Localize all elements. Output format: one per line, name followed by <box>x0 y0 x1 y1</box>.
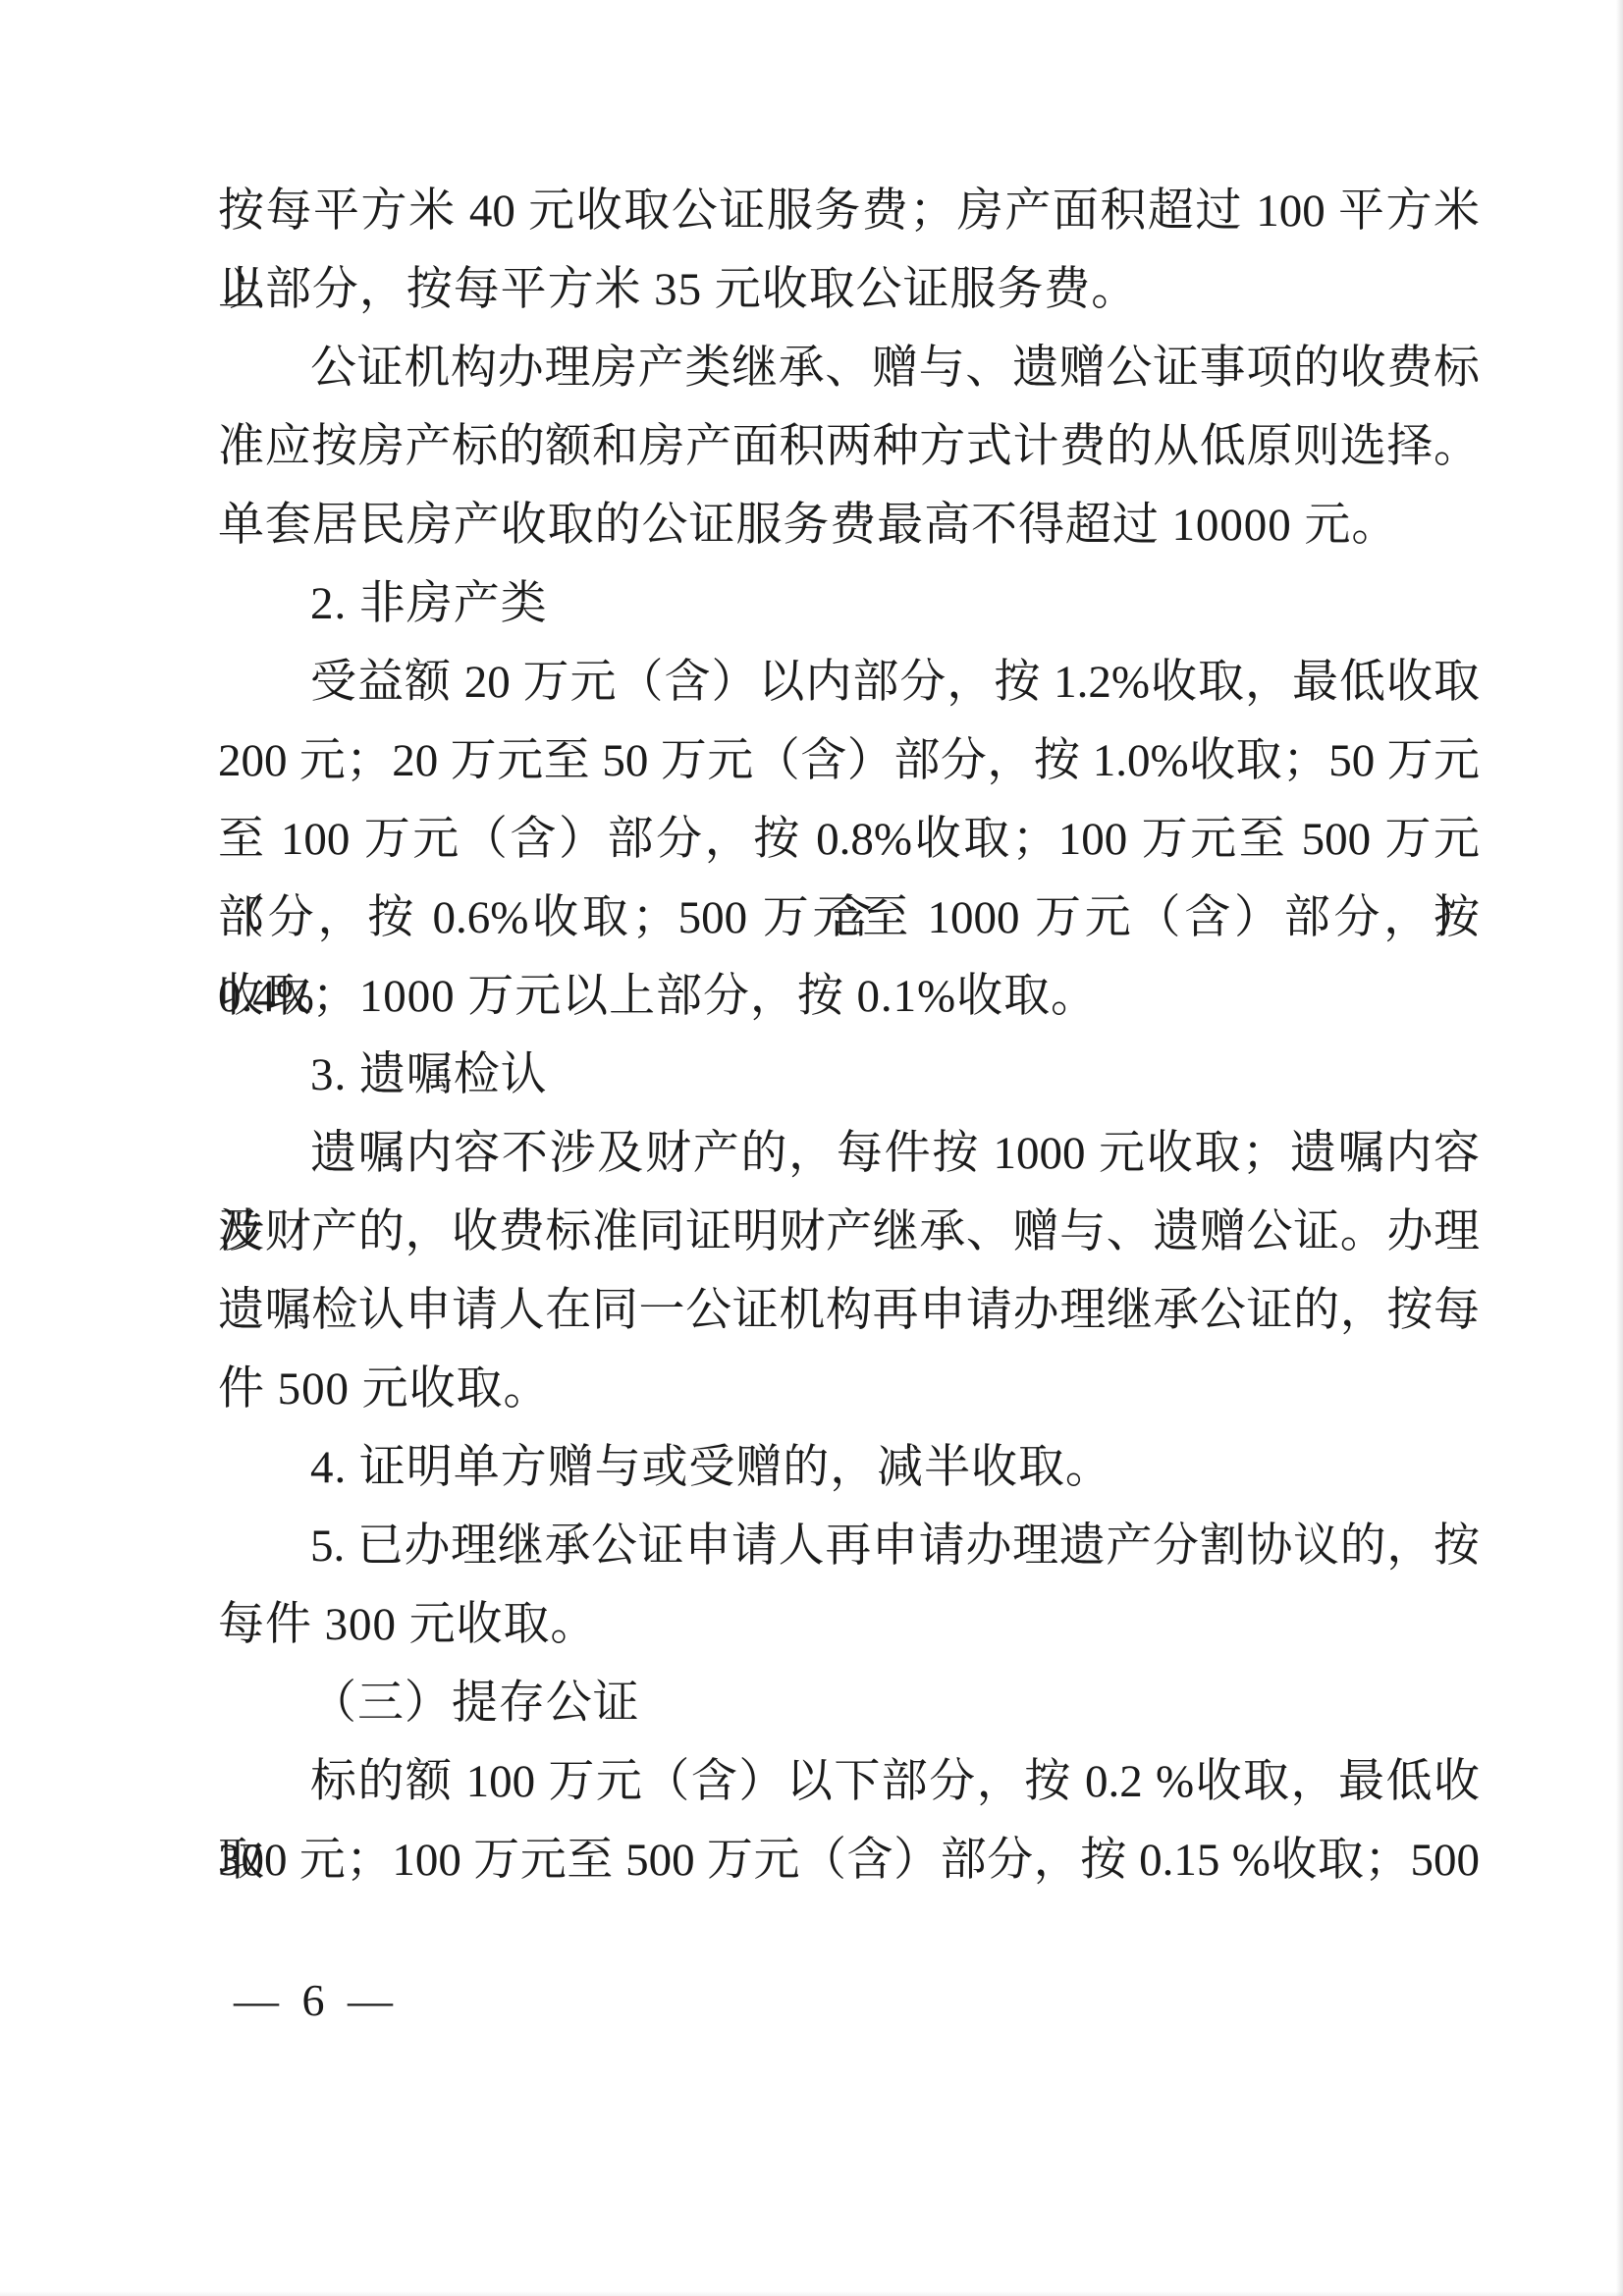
text-line: 300 元；100 万元至 500 万元（含）部分，按 0.15 %收取；500 <box>218 1821 1480 1899</box>
page-number: — 6 — <box>234 1975 399 2026</box>
text-line: （三）提存公证 <box>218 1664 1480 1742</box>
text-line: 受益额 20 万元（含）以内部分，按 1.2%收取，最低收取 <box>218 643 1480 721</box>
scan-edge-shadow-bottom <box>0 2291 1623 2296</box>
text-line: 收取；1000 万元以上部分，按 0.1%收取。 <box>218 957 1480 1036</box>
scan-edge-shadow <box>1616 0 1623 2296</box>
text-line: 上部分，按每平方米 35 元收取公证服务费。 <box>218 250 1480 329</box>
document-page: 按每平方米 40 元收取公证服务费；房产面积超过 100 平方米以上部分，按每平… <box>0 0 1623 2296</box>
text-line: 单套居民房产收取的公证服务费最高不得超过 10000 元。 <box>218 486 1480 564</box>
text-line: 公证机构办理房产类继承、赠与、遗赠公证事项的收费标 <box>218 329 1480 407</box>
text-line: 标的额 100 万元（含）以下部分，按 0.2 %收取，最低收取 <box>218 1742 1480 1821</box>
text-line: 4. 证明单方赠与或受赠的，减半收取。 <box>218 1428 1480 1507</box>
text-line: 部分，按 0.6%收取；500 万元至 1000 万元（含）部分，按 0.4% <box>218 879 1480 957</box>
text-line: 及财产的，收费标准同证明财产继承、赠与、遗赠公证。办理 <box>218 1193 1480 1271</box>
text-line: 遗嘱内容不涉及财产的，每件按 1000 元收取；遗嘱内容涉 <box>218 1114 1480 1193</box>
text-line: 至 100 万元（含）部分，按 0.8%收取；100 万元至 500 万元（含） <box>218 800 1480 879</box>
text-line: 2. 非房产类 <box>218 564 1480 643</box>
text-line: 按每平方米 40 元收取公证服务费；房产面积超过 100 平方米以 <box>218 172 1480 250</box>
text-line: 准应按房产标的额和房产面积两种方式计费的从低原则选择。 <box>218 407 1480 486</box>
text-line: 遗嘱检认申请人在同一公证机构再申请办理继承公证的，按每 <box>218 1271 1480 1350</box>
text-block: 按每平方米 40 元收取公证服务费；房产面积超过 100 平方米以上部分，按每平… <box>218 172 1480 1899</box>
text-line: 3. 遗嘱检认 <box>218 1036 1480 1114</box>
text-line: 件 500 元收取。 <box>218 1350 1480 1428</box>
text-line: 200 元；20 万元至 50 万元（含）部分，按 1.0%收取；50 万元 <box>218 721 1480 800</box>
text-line: 每件 300 元收取。 <box>218 1585 1480 1664</box>
text-line: 5. 已办理继承公证申请人再申请办理遗产分割协议的，按 <box>218 1507 1480 1585</box>
